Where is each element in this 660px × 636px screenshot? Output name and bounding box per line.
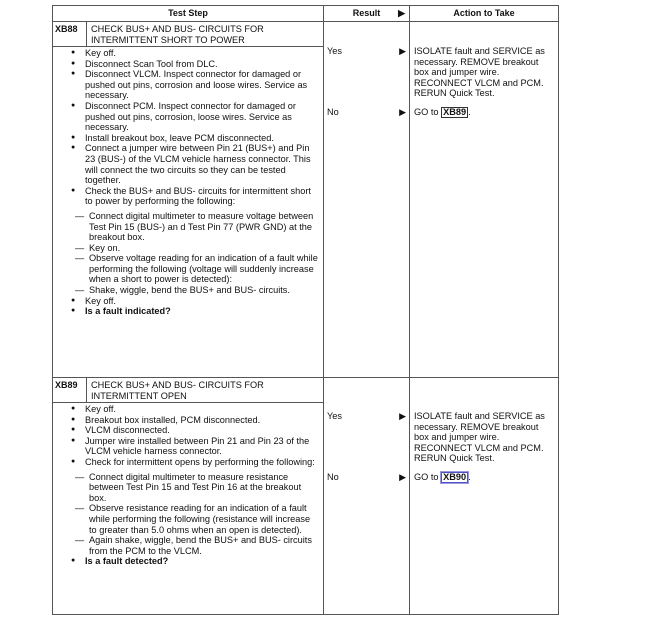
result-yes: Yes ▶ <box>327 411 409 422</box>
bullet-item: Check the BUS+ and BUS- circuits for int… <box>71 186 319 207</box>
step-question: Is a fault detected? <box>71 556 319 567</box>
step-bullets-after: Is a fault detected? <box>57 556 319 567</box>
step-bullets: Key off. Breakout box installed, PCM dis… <box>57 404 319 468</box>
bullet-item: Install breakout box, leave PCM disconne… <box>71 133 319 144</box>
sub-step-item: Connect digital multimeter to measure re… <box>75 472 319 504</box>
bullet-item: Key off. <box>71 48 319 59</box>
result-label: Yes <box>327 46 342 56</box>
bullet-item: Key off. <box>71 404 319 415</box>
sub-steps: Connect digital multimeter to measure vo… <box>57 211 319 296</box>
action-suffix: . <box>468 107 471 117</box>
result-yes: Yes ▶ <box>327 46 409 57</box>
action-no: GO to XB90. <box>414 472 555 483</box>
bullet-item: Disconnect Scan Tool from DLC. <box>71 59 319 70</box>
arrow-right-icon: ▶ <box>399 472 406 483</box>
sub-steps: Connect digital multimeter to measure re… <box>57 472 319 557</box>
action-prefix: GO to <box>414 107 439 117</box>
bullet-item: Connect a jumper wire between Pin 21 (BU… <box>71 143 319 185</box>
step-title: CHECK BUS+ AND BUS- CIRCUITS FOR INTERMI… <box>87 22 324 47</box>
sub-step-item: Key on. <box>75 243 319 254</box>
bullet-item: VLCM disconnected. <box>71 425 319 436</box>
result-no: No ▶ <box>327 472 409 483</box>
action-cell: ISOLATE fault and SERVICE as necessary. … <box>410 378 559 615</box>
goto-step-link[interactable]: XB90 <box>441 472 468 483</box>
action-prefix: GO to <box>414 472 439 482</box>
sub-step-item: Observe resistance reading for an indica… <box>75 503 319 535</box>
action-yes-text: ISOLATE fault and SERVICE as necessary. … <box>414 46 555 99</box>
goto-step-link[interactable]: XB89 <box>441 107 468 118</box>
step-body: Key off. Breakout box installed, PCM dis… <box>53 403 324 615</box>
bullet-item: Key off. <box>71 296 319 307</box>
bullet-item: Disconnect PCM. Inspect connector for da… <box>71 101 319 133</box>
step-title-row: XB89 CHECK BUS+ AND BUS- CIRCUITS FOR IN… <box>53 378 559 403</box>
arrow-right-icon: ▶ <box>399 107 406 118</box>
header-test-step: Test Step <box>53 6 324 22</box>
bullet-item: Jumper wire installed between Pin 21 and… <box>71 436 319 457</box>
bullet-item: Disconnect VLCM. Inspect connector for d… <box>71 69 319 101</box>
step-bullets: Key off. Disconnect Scan Tool from DLC. … <box>57 48 319 207</box>
action-cell: ISOLATE fault and SERVICE as necessary. … <box>410 22 559 378</box>
step-title-line: CHECK BUS+ AND BUS- CIRCUITS FOR <box>91 380 320 391</box>
bullet-item: Breakout box installed, PCM disconnected… <box>71 415 319 426</box>
step-title: CHECK BUS+ AND BUS- CIRCUITS FOR INTERMI… <box>87 378 324 403</box>
step-id: XB89 <box>53 378 87 403</box>
step-title-line: CHECK BUS+ AND BUS- CIRCUITS FOR <box>91 24 320 35</box>
step-id: XB88 <box>53 22 87 47</box>
result-label: Yes <box>327 411 342 421</box>
step-bullets-after: Key off. Is a fault indicated? <box>57 296 319 317</box>
step-question: Is a fault indicated? <box>71 306 319 317</box>
result-label: No <box>327 472 339 482</box>
action-yes-text: ISOLATE fault and SERVICE as necessary. … <box>414 411 555 464</box>
arrow-right-icon: ▶ <box>399 411 406 422</box>
action-suffix: . <box>468 472 471 482</box>
result-label: No <box>327 107 339 117</box>
arrow-right-icon: ▶ <box>398 6 405 21</box>
table-header-row: Test Step Result ▶ Action to Take <box>53 6 559 22</box>
header-result: Result ▶ <box>324 6 410 22</box>
pinpoint-test-table: Test Step Result ▶ Action to Take XB88 C… <box>52 5 559 615</box>
header-result-label: Result <box>353 8 381 18</box>
action-no: GO to XB89. <box>414 107 555 118</box>
sub-step-item: Observe voltage reading for an indicatio… <box>75 253 319 285</box>
result-cell: Yes ▶ No ▶ <box>324 378 410 615</box>
bullet-item: Check for intermittent opens by performi… <box>71 457 319 468</box>
sub-step-item: Connect digital multimeter to measure vo… <box>75 211 319 243</box>
sub-step-item: Shake, wiggle, bend the BUS+ and BUS- ci… <box>75 285 319 296</box>
step-title-line: INTERMITTENT OPEN <box>91 391 320 402</box>
step-title-row: XB88 CHECK BUS+ AND BUS- CIRCUITS FOR IN… <box>53 22 559 47</box>
arrow-right-icon: ▶ <box>399 46 406 57</box>
step-body: Key off. Disconnect Scan Tool from DLC. … <box>53 47 324 378</box>
sub-step-item: Again shake, wiggle, bend the BUS+ and B… <box>75 535 319 556</box>
result-no: No ▶ <box>327 107 409 118</box>
step-title-line: INTERMITTENT SHORT TO POWER <box>91 35 320 46</box>
header-action: Action to Take <box>410 6 559 22</box>
result-cell: Yes ▶ No ▶ <box>324 22 410 378</box>
